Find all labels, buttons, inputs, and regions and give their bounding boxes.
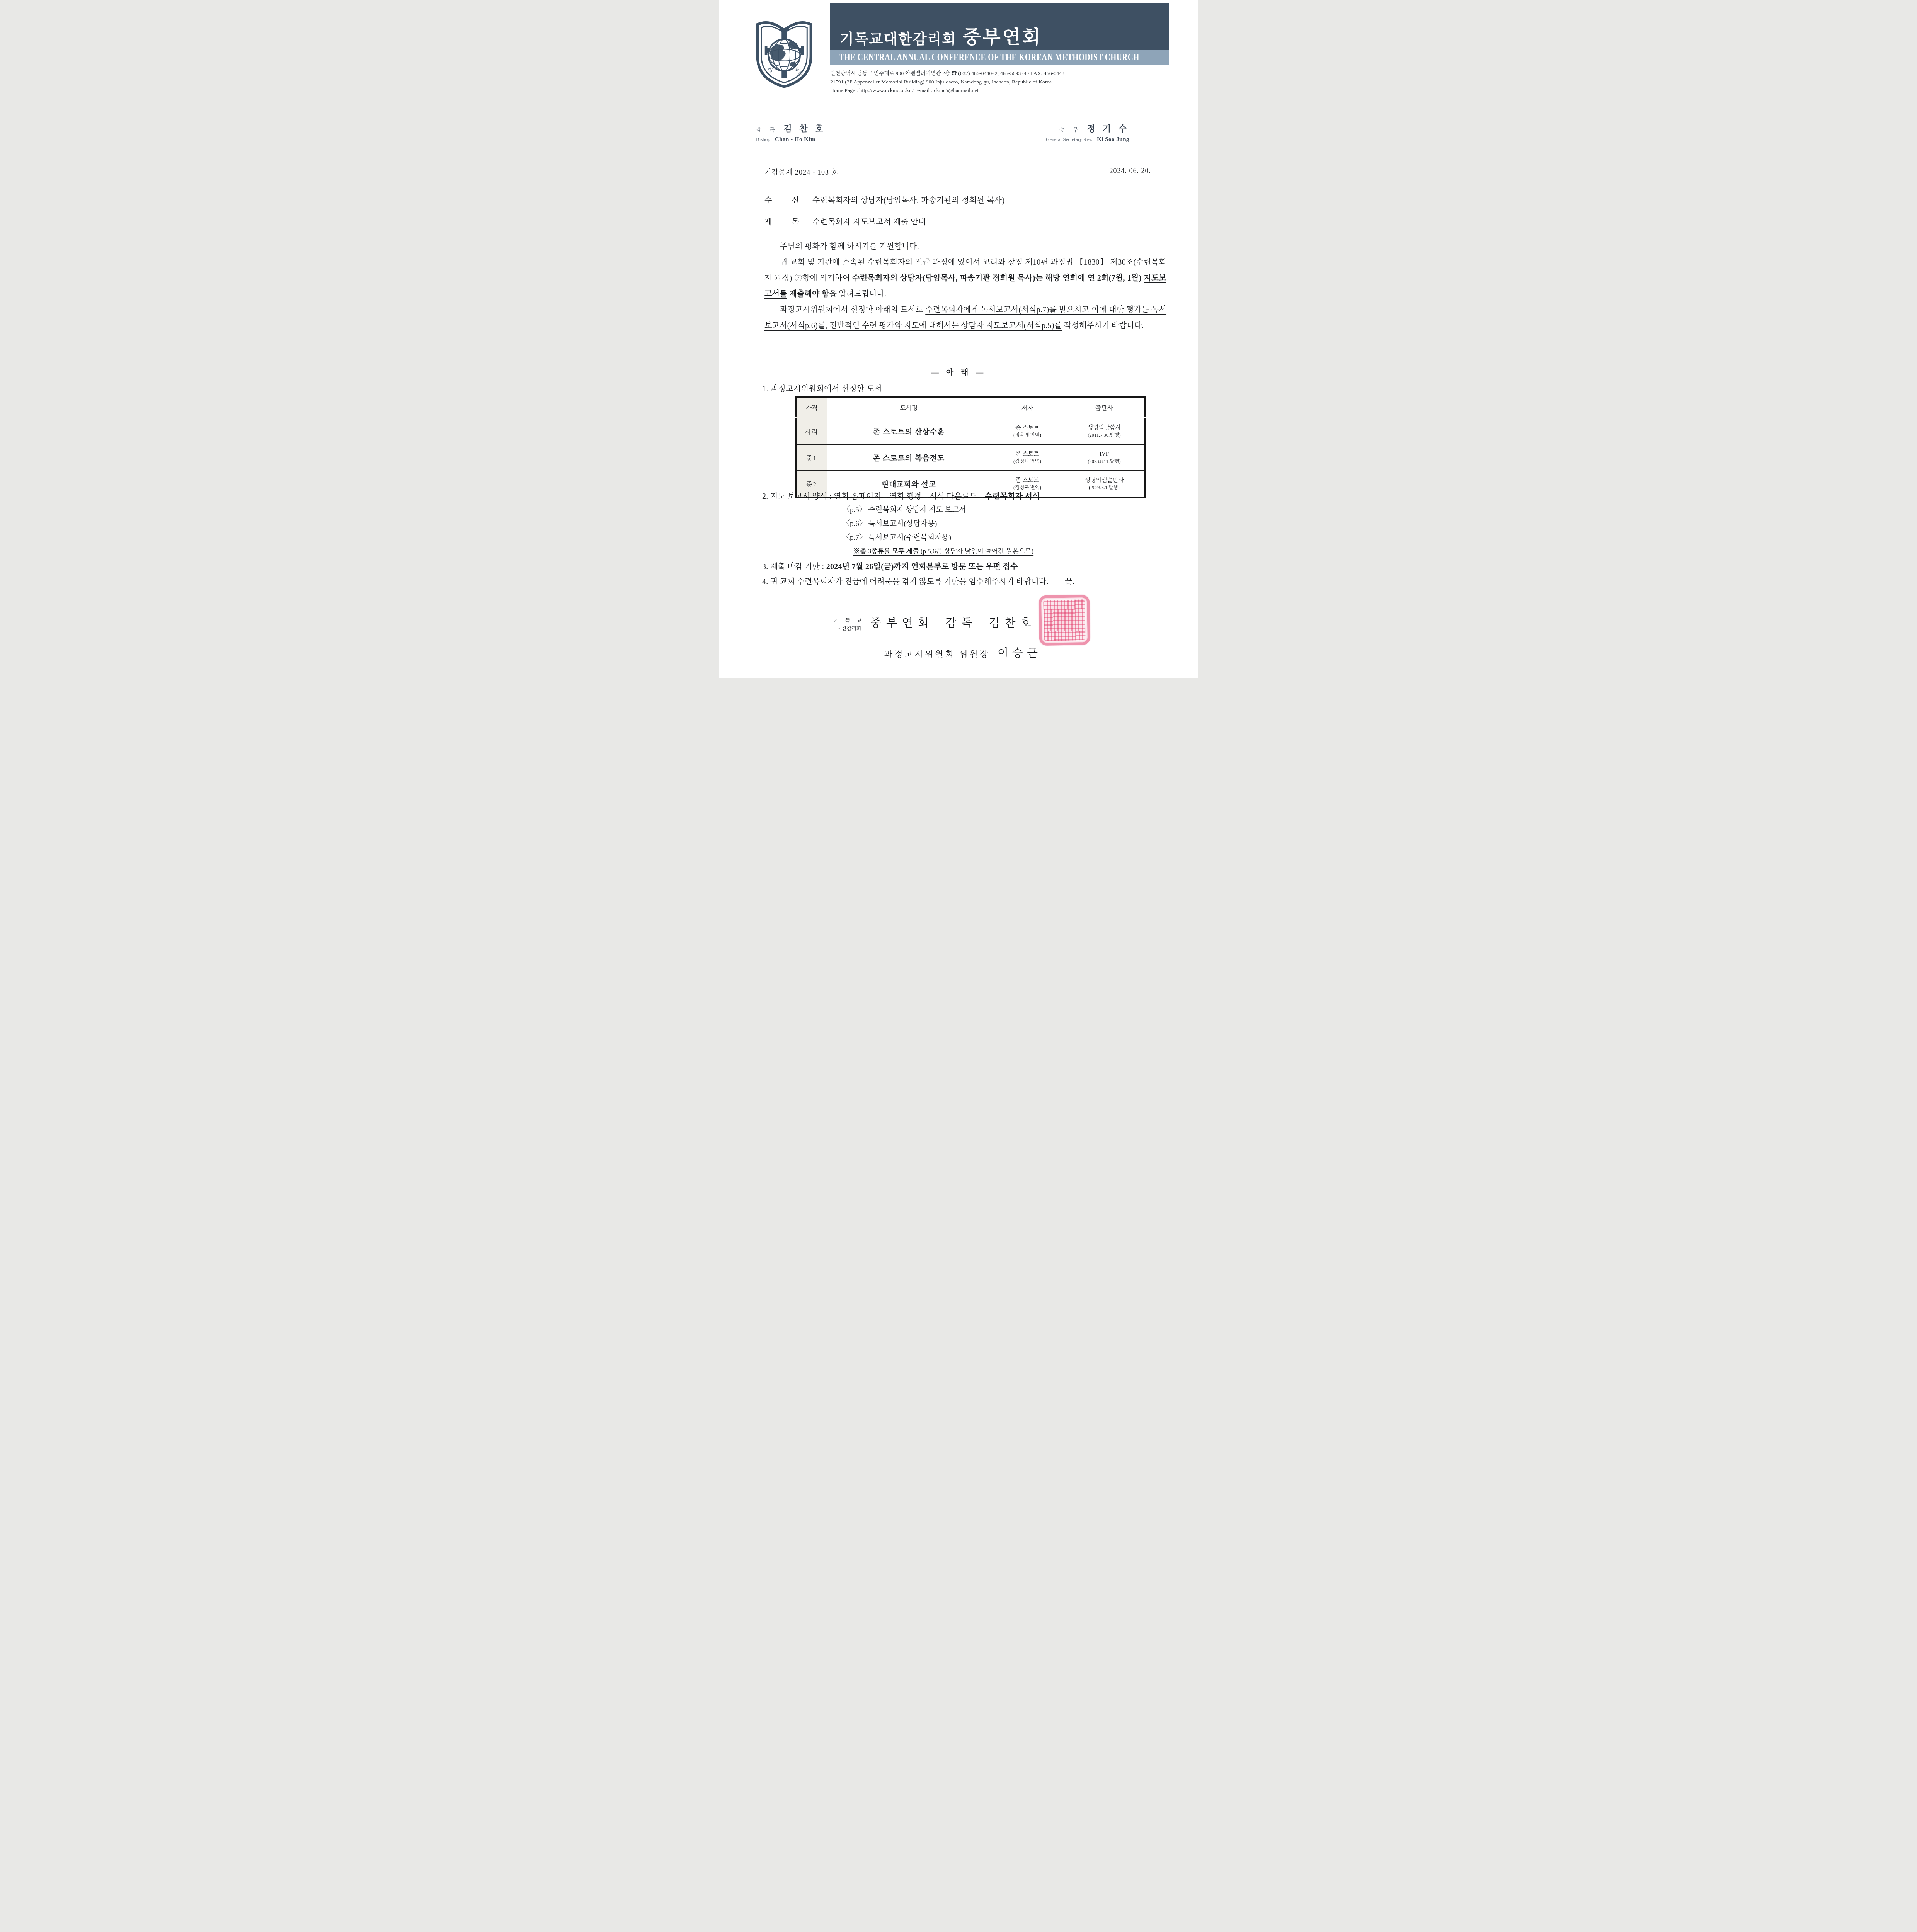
subject-row: 제목 수련목회자 지도보고서 제출 안내	[764, 216, 1163, 227]
section4-line: 4. 귀 교회 수련목회자가 진급에 어려움을 겪지 않도록 기한을 엄수해주시…	[762, 575, 1166, 587]
table-row: 준1 존 스토트의 복음전도 존 스토트(김성녀 번역) IVP(2023.8.…	[796, 444, 1145, 471]
masthead-english-band: THE CENTRAL ANNUAL CONFERENCE OF THE KOR…	[830, 50, 1169, 65]
signature-bishop-line: 중부연회 감독 김찬호	[870, 614, 1037, 630]
document-meta-row: 기감중제 2024 - 103 호 2024. 06. 20.	[764, 167, 1151, 177]
book-title-cell: 존 스토트의 복음전도	[827, 444, 991, 471]
author-cell: 존 스토트(김성녀 번역)	[991, 444, 1064, 471]
letter-body: 주님의 평화가 함께 하시기를 기원합니다. 귀 교회 및 기관에 소속된 수련…	[764, 239, 1166, 334]
table-row: 서리 존 스토트의 산상수훈 존 스토트(정옥배 번역) 생명의말씀사(2011…	[796, 418, 1145, 444]
org-name-english: THE CENTRAL ANNUAL CONFERENCE OF THE KOR…	[839, 52, 1139, 63]
body-paragraph-2: 귀 교회 및 기관에 소속된 수련목회자의 진급 과정에 있어서 교리와 장정 …	[764, 255, 1166, 302]
subject-label: 제목	[764, 216, 799, 227]
secretary-name: 정 기 수	[1087, 122, 1129, 134]
grade-cell: 서리	[796, 418, 827, 444]
form-item-p7: 〈p.7〉 독서보고서(수련목회자용)	[843, 532, 951, 542]
bishop-label-en: Bishop	[756, 136, 770, 143]
section3-line: 3. 제출 마감 기한 : 2024년 7월 26일(금)까지 연회본부로 방문…	[762, 560, 1166, 571]
secretary-block: 총 무 정 기 수 General Secretary Rev. Ki Soo …	[1046, 122, 1129, 143]
section2-line: 2. 지도 보고서 양식 : 연회 홈페이지→연회 행정→서식 다운로드→수련목…	[762, 490, 1166, 501]
selected-books-table: 자격 도서명 저자 출판사 서리 존 스토트의 산상수훈 존 스토트(정옥배 번…	[795, 396, 1146, 498]
below-divider: — 아 래 —	[719, 366, 1198, 378]
recipient-row: 수신 수련목회자의 상담자(담임목사, 파송기관의 정회원 목사)	[764, 194, 1163, 205]
col-header-publisher: 출판사	[1064, 397, 1145, 418]
bishop-block: 감 독 김 찬 호 Bishop Chan - Ho Kim	[756, 122, 826, 143]
address-korean: 인천광역시 남동구 인주대로 900 아펜젤러기념관 2층 ☎ (032) 46…	[830, 69, 1064, 78]
table-header-row: 자격 도서명 저자 출판사	[796, 397, 1145, 418]
col-header-grade: 자격	[796, 397, 827, 418]
bishop-name-en: Chan - Ho Kim	[775, 136, 815, 143]
shield-cross-globe-icon: 감리 교회	[755, 19, 813, 90]
secretary-name-en: Ki Soo Jung	[1097, 136, 1129, 143]
recipient-label: 수신	[764, 194, 799, 205]
official-red-seal	[1039, 595, 1090, 646]
publisher-cell: 생명의말씀사(2011.7.30.발행)	[1064, 418, 1145, 444]
org-name-main: 중부연회	[963, 28, 1042, 47]
col-header-author: 저자	[991, 397, 1064, 418]
signature-org-small: 기 독 교 대한감리회	[833, 617, 866, 632]
secretary-label-en: General Secretary Rev.	[1046, 136, 1092, 143]
publisher-cell: IVP(2023.8.11.발행)	[1064, 444, 1145, 471]
bishop-label: 감 독	[756, 126, 778, 133]
masthead: 기독교대한감리회 중부연회 THE CENTRAL ANNUAL CONFERE…	[830, 3, 1169, 65]
letterhead-address: 인천광역시 남동구 인주대로 900 아펜젤러기념관 2층 ☎ (032) 46…	[830, 69, 1064, 95]
officials-row: 감 독 김 찬 호 Bishop Chan - Ho Kim 총 무 정 기 수…	[756, 122, 1129, 143]
secretary-label: 총 무	[1059, 126, 1082, 133]
signature-chairman-line: 과정고시위원회 위원장이승근	[884, 645, 1042, 660]
document-date: 2024. 06. 20.	[1110, 167, 1151, 177]
homepage-email: Home Page : http://www.nckmc.or.kr / E-m…	[830, 86, 1064, 95]
grade-cell: 준1	[796, 444, 827, 471]
recipient-value: 수련목회자의 상담자(담임목사, 파송기관의 정회원 목사)	[812, 194, 1005, 205]
body-paragraph-3: 과정고시위원회에서 선정한 아래의 도서로 수련목회자에게 독서보고서(서식p.…	[764, 302, 1166, 334]
document-number: 기감중제 2024 - 103 호	[764, 167, 838, 177]
col-header-book-title: 도서명	[827, 397, 991, 418]
form-item-p6: 〈p.6〉 독서보고서(상담자용)	[843, 518, 937, 528]
masthead-title-bar: 기독교대한감리회 중부연회	[830, 3, 1169, 50]
subject-value: 수련목회자 지도보고서 제출 안내	[812, 216, 926, 227]
book-title-cell: 존 스토트의 산상수훈	[827, 418, 991, 444]
author-cell: 존 스토트(정옥배 번역)	[991, 418, 1064, 444]
end-mark: 끝.	[1065, 578, 1074, 586]
church-shield-logo: 감리 교회	[755, 19, 813, 90]
address-english: 21591 (2F Appenzeller Memorial Building)…	[830, 78, 1064, 86]
submission-note: ※총 3종류를 모두 제출 (p.5,6은 상담자 날인이 들어간 원본으로)	[853, 546, 1033, 555]
bishop-name: 김 찬 호	[784, 122, 826, 134]
body-paragraph-1: 주님의 평화가 함께 하시기를 기원합니다.	[764, 239, 1166, 255]
section1-title: 1. 과정고시위원회에서 선정한 도서	[762, 383, 882, 394]
form-item-p5: 〈p.5〉 수련목회자 상담자 지도 보고서	[843, 504, 966, 514]
scanned-official-letter: 감리 교회 기독교대한감리회 중부연회 THE CENTRAL ANNUAL C…	[719, 0, 1198, 678]
org-name-prefix: 기독교대한감리회	[840, 32, 957, 47]
